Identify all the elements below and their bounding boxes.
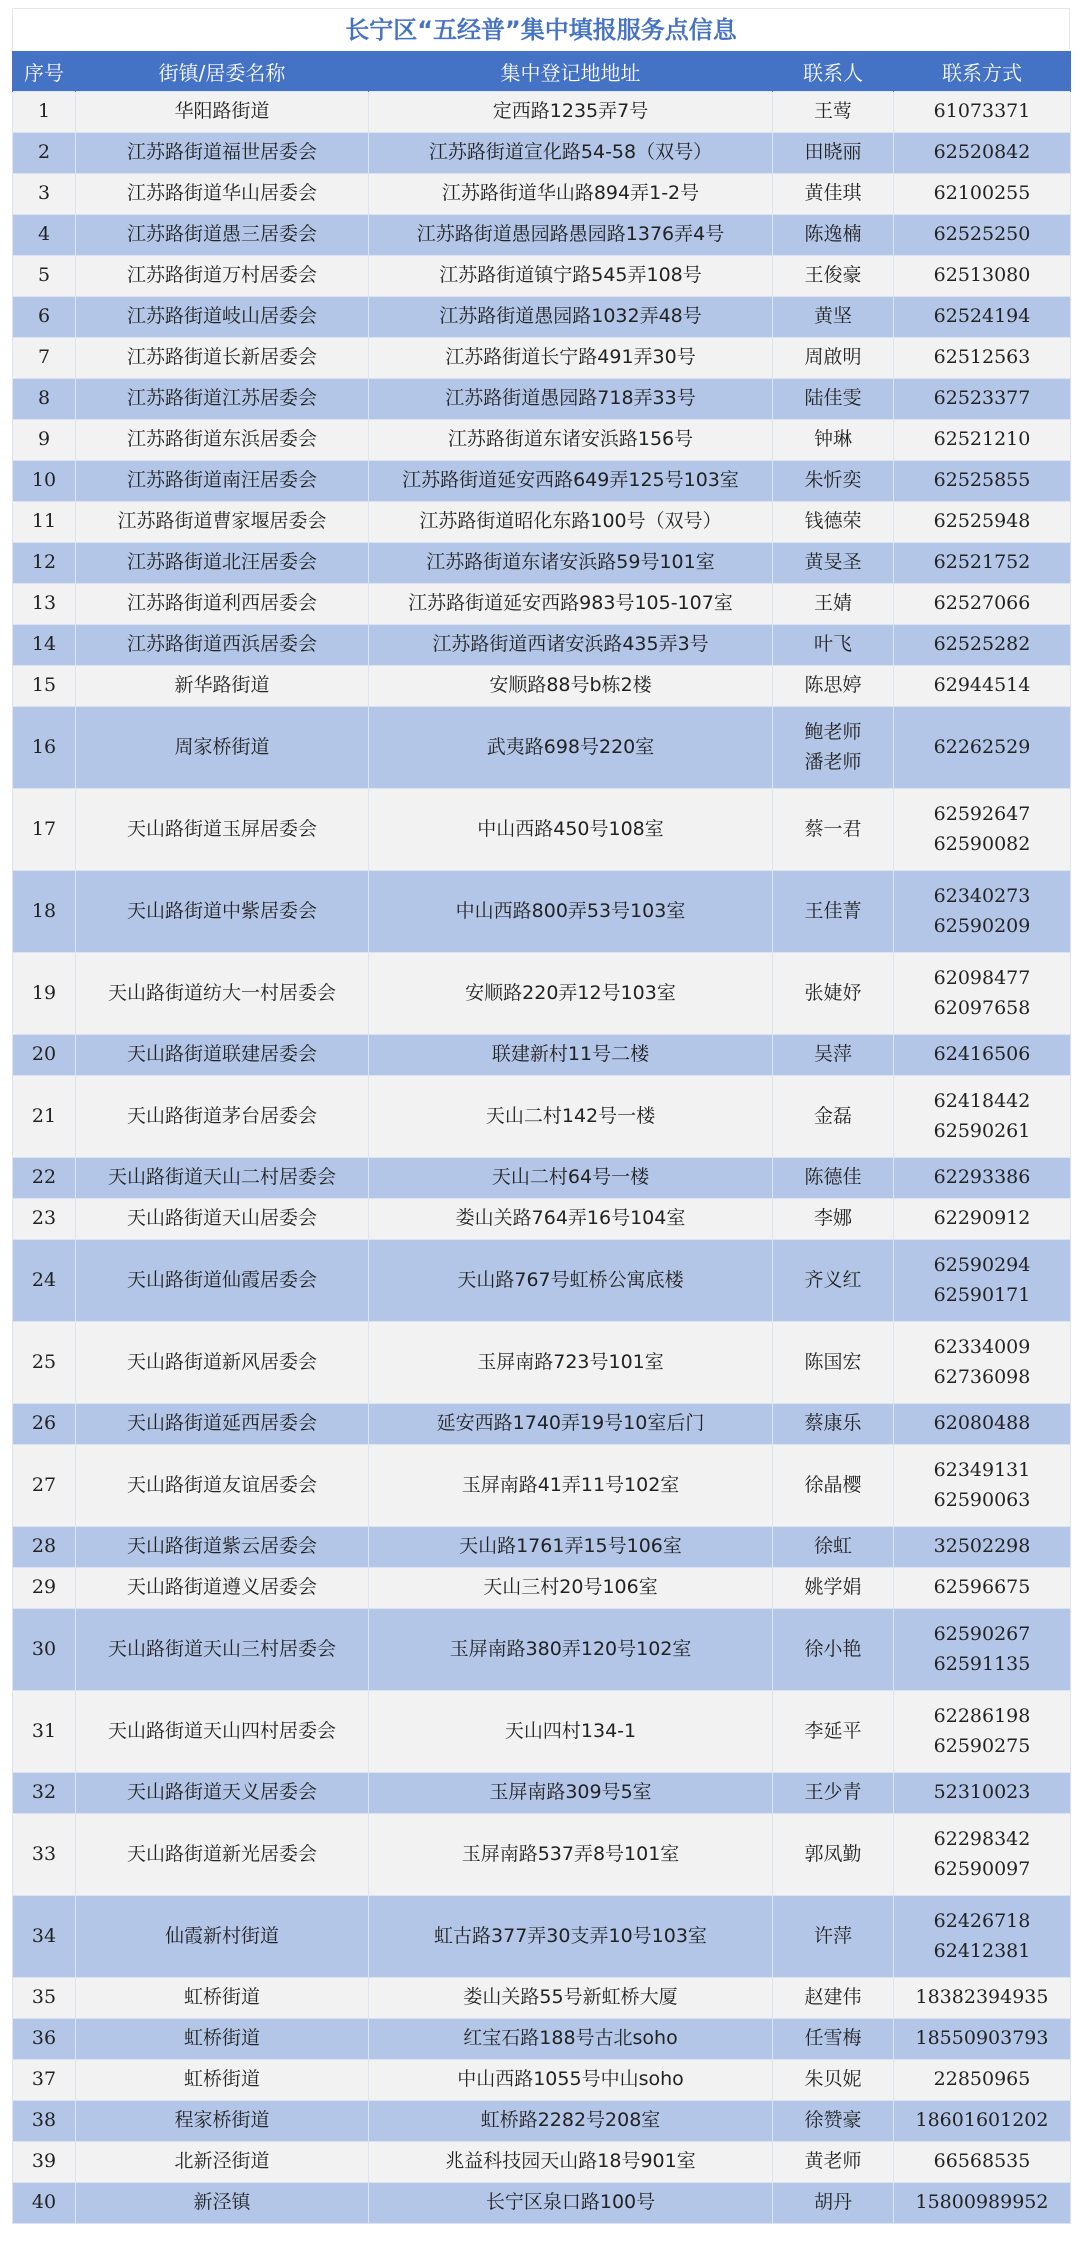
row-name: 华阳路街道 (76, 92, 369, 133)
row-name: 江苏路街道西浜居委会 (76, 625, 369, 666)
contact-person: 任雪梅 (773, 2027, 893, 2051)
row-phone: 62521752 (894, 543, 1071, 584)
row-name: 天山路街道茅台居委会 (76, 1076, 369, 1158)
service-point-sheet: 长宁区“五经普”集中填报服务点信息 序号 街镇/居委名称 集中登记地地址 联系人… (12, 8, 1070, 2224)
row-name: 江苏路街道东浜居委会 (76, 420, 369, 461)
row-contact: 陈逸楠 (773, 215, 894, 256)
phone-number: 62736098 (894, 1366, 1070, 1390)
row-address: 江苏路街道愚园路1032弄48号 (369, 297, 773, 338)
phone-number: 62524194 (894, 305, 1070, 329)
table-row: 32天山路街道天义居委会玉屏南路309号5室王少青52310023 (13, 1773, 1071, 1814)
table-row: 22天山路街道天山二村居委会天山二村64号一楼陈德佳62293386 (13, 1158, 1071, 1199)
row-phone: 62525855 (894, 461, 1071, 502)
row-address: 虹桥路2282号208室 (369, 2101, 773, 2142)
row-index: 18 (13, 871, 76, 953)
phone-number: 62944514 (894, 674, 1070, 698)
row-index: 1 (13, 92, 76, 133)
row-contact: 黄旻圣 (773, 543, 894, 584)
row-contact: 黄坚 (773, 297, 894, 338)
row-address: 玉屏南路380弄120号102室 (369, 1609, 773, 1691)
row-contact: 郭凤勤 (773, 1814, 894, 1896)
row-index: 36 (13, 2019, 76, 2060)
contact-person: 田晓丽 (773, 141, 893, 165)
row-address: 中山西路450号108室 (369, 789, 773, 871)
row-contact: 陆佳雯 (773, 379, 894, 420)
header-contact: 联系人 (773, 51, 894, 92)
sheet-title: 长宁区“五经普”集中填报服务点信息 (12, 8, 1070, 51)
table-row: 17天山路街道玉屏居委会中山西路450号108室蔡一君6259264762590… (13, 789, 1071, 871)
row-contact: 金磊 (773, 1076, 894, 1158)
table-row: 23天山路街道天山居委会娄山关路764弄16号104室李娜62290912 (13, 1199, 1071, 1240)
row-phone: 6242671862412381 (894, 1896, 1071, 1978)
row-index: 12 (13, 543, 76, 584)
row-contact: 胡丹 (773, 2183, 894, 2224)
contact-person: 陈逸楠 (773, 223, 893, 247)
row-address: 江苏路街道昭化东路100号（双号） (369, 502, 773, 543)
phone-number: 62290912 (894, 1207, 1070, 1231)
row-contact: 田晓丽 (773, 133, 894, 174)
row-address: 江苏路街道长宁路491弄30号 (369, 338, 773, 379)
row-address: 安顺路220弄12号103室 (369, 953, 773, 1035)
row-address: 江苏路街道宣化路54-58（双号） (369, 133, 773, 174)
table-header-row: 序号 街镇/居委名称 集中登记地地址 联系人 联系方式 (13, 51, 1071, 92)
table-row: 18天山路街道中紫居委会中山西路800弄53号103室王佳菁6234027362… (13, 871, 1071, 953)
table-row: 21天山路街道茅台居委会天山二村142号一楼金磊6241844262590261 (13, 1076, 1071, 1158)
row-name: 周家桥街道 (76, 707, 369, 789)
table-body: 1华阳路街道定西路1235弄7号王莺610733712江苏路街道福世居委会江苏路… (13, 92, 1071, 2224)
phone-number: 62523377 (894, 387, 1070, 411)
row-phone: 62290912 (894, 1199, 1071, 1240)
contact-person: 齐义红 (773, 1269, 893, 1293)
row-address: 定西路1235弄7号 (369, 92, 773, 133)
contact-person: 王佳菁 (773, 900, 893, 924)
row-name: 虹桥街道 (76, 2060, 369, 2101)
phone-number: 62591135 (894, 1653, 1070, 1677)
table-row: 39北新泾街道兆益科技园天山路18号901室黄老师66568535 (13, 2142, 1071, 2183)
table-row: 35虹桥街道娄山关路55号新虹桥大厦赵建伟18382394935 (13, 1978, 1071, 2019)
row-contact: 陈思婷 (773, 666, 894, 707)
contact-person: 许萍 (773, 1925, 893, 1949)
row-index: 2 (13, 133, 76, 174)
row-name: 仙霞新村街道 (76, 1896, 369, 1978)
contact-person: 周啟明 (773, 346, 893, 370)
phone-number: 62590275 (894, 1735, 1070, 1759)
row-address: 联建新村11号二楼 (369, 1035, 773, 1076)
contact-person: 张婕妤 (773, 982, 893, 1006)
row-name: 天山路街道新光居委会 (76, 1814, 369, 1896)
row-contact: 黄佳琪 (773, 174, 894, 215)
table-row: 9江苏路街道东浜居委会江苏路街道东诸安浜路156号钟琳62521210 (13, 420, 1071, 461)
row-contact: 王婧 (773, 584, 894, 625)
row-phone: 62527066 (894, 584, 1071, 625)
phone-number: 62513080 (894, 264, 1070, 288)
table-row: 37虹桥街道中山西路1055号中山soho朱贝妮22850965 (13, 2060, 1071, 2101)
contact-person: 钟琳 (773, 428, 893, 452)
contact-person: 姚学娟 (773, 1576, 893, 1600)
row-name: 江苏路街道南汪居委会 (76, 461, 369, 502)
row-phone: 62262529 (894, 707, 1071, 789)
contact-person: 徐小艳 (773, 1638, 893, 1662)
row-index: 23 (13, 1199, 76, 1240)
table-row: 40新泾镇长宁区泉口路100号胡丹15800989952 (13, 2183, 1071, 2224)
row-index: 39 (13, 2142, 76, 2183)
table-row: 38程家桥街道虹桥路2282号208室徐赞豪18601601202 (13, 2101, 1071, 2142)
row-contact: 徐虹 (773, 1527, 894, 1568)
phone-number: 62416506 (894, 1043, 1070, 1067)
row-phone: 62513080 (894, 256, 1071, 297)
table-row: 7江苏路街道长新居委会江苏路街道长宁路491弄30号周啟明62512563 (13, 338, 1071, 379)
table-row: 5江苏路街道万村居委会江苏路街道镇宁路545弄108号王俊豪62513080 (13, 256, 1071, 297)
row-address: 玉屏南路309号5室 (369, 1773, 773, 1814)
row-phone: 6241844262590261 (894, 1076, 1071, 1158)
row-address: 天山二村64号一楼 (369, 1158, 773, 1199)
contact-person: 叶飞 (773, 633, 893, 657)
row-name: 天山路街道天山居委会 (76, 1199, 369, 1240)
row-index: 24 (13, 1240, 76, 1322)
contact-person: 钱德荣 (773, 510, 893, 534)
contact-person: 陈国宏 (773, 1351, 893, 1375)
row-index: 29 (13, 1568, 76, 1609)
row-contact: 陈德佳 (773, 1158, 894, 1199)
contact-person: 李娜 (773, 1207, 893, 1231)
phone-number: 62525250 (894, 223, 1070, 247)
row-address: 玉屏南路41弄11号102室 (369, 1445, 773, 1527)
contact-person: 李延平 (773, 1720, 893, 1744)
contact-person: 陆佳雯 (773, 387, 893, 411)
phone-number: 62590171 (894, 1284, 1070, 1308)
row-address: 江苏路街道西诸安浜路435弄3号 (369, 625, 773, 666)
row-index: 6 (13, 297, 76, 338)
row-phone: 62293386 (894, 1158, 1071, 1199)
row-address: 虹古路377弄30支弄10号103室 (369, 1896, 773, 1978)
row-index: 20 (13, 1035, 76, 1076)
phone-number: 62098477 (894, 967, 1070, 991)
row-phone: 62596675 (894, 1568, 1071, 1609)
table-row: 28天山路街道紫云居委会天山路1761弄15号106室徐虹32502298 (13, 1527, 1071, 1568)
row-phone: 62525282 (894, 625, 1071, 666)
row-index: 5 (13, 256, 76, 297)
table-row: 26天山路街道延西居委会延安西路1740弄19号10室后门蔡康乐62080488 (13, 1404, 1071, 1445)
contact-person: 王婧 (773, 592, 893, 616)
table-row: 27天山路街道友谊居委会玉屏南路41弄11号102室徐晶樱62349131625… (13, 1445, 1071, 1527)
row-phone: 18550903793 (894, 2019, 1071, 2060)
row-name: 天山路街道天山三村居委会 (76, 1609, 369, 1691)
row-address: 安顺路88号b栋2楼 (369, 666, 773, 707)
table-row: 3江苏路街道华山居委会江苏路街道华山路894弄1-2号黄佳琪62100255 (13, 174, 1071, 215)
row-name: 天山路街道天山四村居委会 (76, 1691, 369, 1773)
table-row: 14江苏路街道西浜居委会江苏路街道西诸安浜路435弄3号叶飞62525282 (13, 625, 1071, 666)
phone-number: 66568535 (894, 2150, 1070, 2174)
contact-person: 郭凤勤 (773, 1843, 893, 1867)
header-name: 街镇/居委名称 (76, 51, 369, 92)
row-name: 天山路街道紫云居委会 (76, 1527, 369, 1568)
header-phone: 联系方式 (894, 51, 1071, 92)
row-phone: 6259264762590082 (894, 789, 1071, 871)
row-phone: 52310023 (894, 1773, 1071, 1814)
row-name: 新华路街道 (76, 666, 369, 707)
phone-number: 18601601202 (894, 2109, 1070, 2133)
table-row: 20天山路街道联建居委会联建新村11号二楼吴萍62416506 (13, 1035, 1071, 1076)
row-address: 天山二村142号一楼 (369, 1076, 773, 1158)
phone-number: 62590097 (894, 1858, 1070, 1882)
row-index: 16 (13, 707, 76, 789)
phone-number: 62590294 (894, 1254, 1070, 1278)
table-row: 33天山路街道新光居委会玉屏南路537弄8号101室郭凤勤62298342625… (13, 1814, 1071, 1896)
row-phone: 6209847762097658 (894, 953, 1071, 1035)
row-name: 江苏路街道北汪居委会 (76, 543, 369, 584)
row-index: 15 (13, 666, 76, 707)
contact-person: 胡丹 (773, 2191, 893, 2215)
row-phone: 61073371 (894, 92, 1071, 133)
row-name: 江苏路街道江苏居委会 (76, 379, 369, 420)
table-row: 1华阳路街道定西路1235弄7号王莺61073371 (13, 92, 1071, 133)
row-contact: 蔡一君 (773, 789, 894, 871)
row-phone: 62521210 (894, 420, 1071, 461)
table-row: 13江苏路街道利西居委会江苏路街道延安西路983号105-107室王婧62527… (13, 584, 1071, 625)
row-index: 13 (13, 584, 76, 625)
contact-person: 吴萍 (773, 1043, 893, 1067)
phone-number: 62525855 (894, 469, 1070, 493)
row-name: 天山路街道仙霞居委会 (76, 1240, 369, 1322)
table-row: 30天山路街道天山三村居委会玉屏南路380弄120号102室徐小艳6259026… (13, 1609, 1071, 1691)
row-address: 娄山关路55号新虹桥大厦 (369, 1978, 773, 2019)
row-address: 江苏路街道延安西路983号105-107室 (369, 584, 773, 625)
row-phone: 15800989952 (894, 2183, 1071, 2224)
row-index: 17 (13, 789, 76, 871)
row-contact: 姚学娟 (773, 1568, 894, 1609)
row-contact: 张婕妤 (773, 953, 894, 1035)
row-address: 武夷路698号220室 (369, 707, 773, 789)
contact-person: 朱贝妮 (773, 2068, 893, 2092)
contact-person: 潘老师 (773, 751, 893, 775)
row-name: 江苏路街道愚三居委会 (76, 215, 369, 256)
row-phone: 22850965 (894, 2060, 1071, 2101)
phone-number: 62293386 (894, 1166, 1070, 1190)
row-name: 天山路街道天义居委会 (76, 1773, 369, 1814)
row-phone: 6229834262590097 (894, 1814, 1071, 1896)
contact-person: 鲍老师 (773, 721, 893, 745)
table-row: 29天山路街道遵义居委会天山三村20号106室姚学娟62596675 (13, 1568, 1071, 1609)
row-phone: 18382394935 (894, 1978, 1071, 2019)
row-index: 10 (13, 461, 76, 502)
row-contact: 蔡康乐 (773, 1404, 894, 1445)
phone-number: 62418442 (894, 1090, 1070, 1114)
row-index: 9 (13, 420, 76, 461)
row-contact: 陈国宏 (773, 1322, 894, 1404)
phone-number: 18382394935 (894, 1986, 1070, 2010)
row-index: 7 (13, 338, 76, 379)
table-row: 6江苏路街道岐山居委会江苏路街道愚园路1032弄48号黄坚62524194 (13, 297, 1071, 338)
row-index: 22 (13, 1158, 76, 1199)
row-address: 江苏路街道愚园路718弄33号 (369, 379, 773, 420)
contact-person: 王莺 (773, 100, 893, 124)
contact-person: 黄旻圣 (773, 551, 893, 575)
row-index: 27 (13, 1445, 76, 1527)
phone-number: 62590267 (894, 1623, 1070, 1647)
row-address: 玉屏南路723号101室 (369, 1322, 773, 1404)
row-phone: 66568535 (894, 2142, 1071, 2183)
phone-number: 62590261 (894, 1120, 1070, 1144)
phone-number: 62080488 (894, 1412, 1070, 1436)
row-phone: 62944514 (894, 666, 1071, 707)
row-phone: 32502298 (894, 1527, 1071, 1568)
row-phone: 62520842 (894, 133, 1071, 174)
row-name: 江苏路街道万村居委会 (76, 256, 369, 297)
row-name: 江苏路街道长新居委会 (76, 338, 369, 379)
row-contact: 齐义红 (773, 1240, 894, 1322)
contact-person: 黄老师 (773, 2150, 893, 2174)
contact-person: 蔡康乐 (773, 1412, 893, 1436)
table-row: 19天山路街道纺大一村居委会安顺路220弄12号103室张婕妤620984776… (13, 953, 1071, 1035)
table-row: 4江苏路街道愚三居委会江苏路街道愚园路愚园路1376弄4号陈逸楠62525250 (13, 215, 1071, 256)
phone-number: 62525948 (894, 510, 1070, 534)
contact-person: 王俊豪 (773, 264, 893, 288)
table-row: 24天山路街道仙霞居委会天山路767号虹桥公寓底楼齐义红625902946259… (13, 1240, 1071, 1322)
row-contact: 黄老师 (773, 2142, 894, 2183)
phone-number: 62298342 (894, 1828, 1070, 1852)
row-index: 40 (13, 2183, 76, 2224)
row-index: 8 (13, 379, 76, 420)
phone-number: 62334009 (894, 1336, 1070, 1360)
phone-number: 62521752 (894, 551, 1070, 575)
row-index: 3 (13, 174, 76, 215)
contact-person: 朱忻奕 (773, 469, 893, 493)
row-contact: 李延平 (773, 1691, 894, 1773)
phone-number: 62412381 (894, 1940, 1070, 1964)
row-address: 天山三村20号106室 (369, 1568, 773, 1609)
row-phone: 6228619862590275 (894, 1691, 1071, 1773)
phone-number: 62527066 (894, 592, 1070, 616)
table-row: 36虹桥街道红宝石路188号古北soho任雪梅18550903793 (13, 2019, 1071, 2060)
row-phone: 62080488 (894, 1404, 1071, 1445)
row-contact: 叶飞 (773, 625, 894, 666)
row-index: 38 (13, 2101, 76, 2142)
contact-person: 徐赞豪 (773, 2109, 893, 2133)
phone-number: 62286198 (894, 1705, 1070, 1729)
phone-number: 62596675 (894, 1576, 1070, 1600)
phone-number: 18550903793 (894, 2027, 1070, 2051)
phone-number: 62592647 (894, 803, 1070, 827)
contact-person: 陈思婷 (773, 674, 893, 698)
row-contact: 钱德荣 (773, 502, 894, 543)
header-index: 序号 (13, 51, 76, 92)
contact-person: 陈德佳 (773, 1166, 893, 1190)
row-name: 江苏路街道利西居委会 (76, 584, 369, 625)
row-phone: 62525250 (894, 215, 1071, 256)
row-address: 玉屏南路537弄8号101室 (369, 1814, 773, 1896)
row-phone: 62512563 (894, 338, 1071, 379)
row-name: 江苏路街道曹家堰居委会 (76, 502, 369, 543)
table-row: 15新华路街道安顺路88号b栋2楼陈思婷62944514 (13, 666, 1071, 707)
row-name: 天山路街道友谊居委会 (76, 1445, 369, 1527)
row-contact: 徐赞豪 (773, 2101, 894, 2142)
row-contact: 鲍老师潘老师 (773, 707, 894, 789)
row-name: 天山路街道天山二村居委会 (76, 1158, 369, 1199)
row-phone: 6234913162590063 (894, 1445, 1071, 1527)
row-address: 江苏路街道东诸安浜路156号 (369, 420, 773, 461)
row-address: 天山四村134-1 (369, 1691, 773, 1773)
row-name: 天山路街道纺大一村居委会 (76, 953, 369, 1035)
row-contact: 王莺 (773, 92, 894, 133)
row-address: 兆益科技园天山路18号901室 (369, 2142, 773, 2183)
phone-number: 62520842 (894, 141, 1070, 165)
row-address: 江苏路街道愚园路愚园路1376弄4号 (369, 215, 773, 256)
contact-person: 王少青 (773, 1781, 893, 1805)
row-contact: 吴萍 (773, 1035, 894, 1076)
row-name: 程家桥街道 (76, 2101, 369, 2142)
row-index: 11 (13, 502, 76, 543)
row-phone: 6259029462590171 (894, 1240, 1071, 1322)
row-index: 30 (13, 1609, 76, 1691)
row-name: 虹桥街道 (76, 2019, 369, 2060)
contact-person: 徐虹 (773, 1535, 893, 1559)
row-contact: 赵建伟 (773, 1978, 894, 2019)
row-index: 34 (13, 1896, 76, 1978)
contact-person: 金磊 (773, 1105, 893, 1129)
phone-number: 62590063 (894, 1489, 1070, 1513)
row-phone: 6234027362590209 (894, 871, 1071, 953)
row-name: 新泾镇 (76, 2183, 369, 2224)
row-index: 32 (13, 1773, 76, 1814)
row-name: 虹桥街道 (76, 1978, 369, 2019)
row-name: 天山路街道玉屏居委会 (76, 789, 369, 871)
phone-number: 52310023 (894, 1781, 1070, 1805)
table-row: 34仙霞新村街道虹古路377弄30支弄10号103室许萍624267186241… (13, 1896, 1071, 1978)
row-address: 中山西路800弄53号103室 (369, 871, 773, 953)
row-index: 28 (13, 1527, 76, 1568)
phone-number: 62349131 (894, 1459, 1070, 1483)
row-contact: 徐晶樱 (773, 1445, 894, 1527)
table-row: 16周家桥街道武夷路698号220室鲍老师潘老师62262529 (13, 707, 1071, 789)
table-row: 10江苏路街道南汪居委会江苏路街道延安西路649弄125号103室朱忻奕6252… (13, 461, 1071, 502)
row-index: 19 (13, 953, 76, 1035)
row-contact: 朱贝妮 (773, 2060, 894, 2101)
row-address: 红宝石路188号古北soho (369, 2019, 773, 2060)
row-name: 江苏路街道福世居委会 (76, 133, 369, 174)
row-address: 延安西路1740弄19号10室后门 (369, 1404, 773, 1445)
row-phone: 18601601202 (894, 2101, 1071, 2142)
table-row: 11江苏路街道曹家堰居委会江苏路街道昭化东路100号（双号）钱德荣6252594… (13, 502, 1071, 543)
row-index: 37 (13, 2060, 76, 2101)
row-address: 江苏路街道延安西路649弄125号103室 (369, 461, 773, 502)
table-row: 31天山路街道天山四村居委会天山四村134-1李延平62286198625902… (13, 1691, 1071, 1773)
row-contact: 朱忻奕 (773, 461, 894, 502)
row-index: 35 (13, 1978, 76, 2019)
service-points-table: 序号 街镇/居委名称 集中登记地地址 联系人 联系方式 1华阳路街道定西路123… (12, 51, 1071, 2224)
phone-number: 62590209 (894, 915, 1070, 939)
row-address: 娄山关路764弄16号104室 (369, 1199, 773, 1240)
table-row: 8江苏路街道江苏居委会江苏路街道愚园路718弄33号陆佳雯62523377 (13, 379, 1071, 420)
table-row: 25天山路街道新风居委会玉屏南路723号101室陈国宏6233400962736… (13, 1322, 1071, 1404)
row-index: 21 (13, 1076, 76, 1158)
contact-person: 赵建伟 (773, 1986, 893, 2010)
row-name: 江苏路街道华山居委会 (76, 174, 369, 215)
row-name: 天山路街道延西居委会 (76, 1404, 369, 1445)
row-address: 长宁区泉口路100号 (369, 2183, 773, 2224)
phone-number: 62590082 (894, 833, 1070, 857)
table-row: 12江苏路街道北汪居委会江苏路街道东诸安浜路59号101室黄旻圣62521752 (13, 543, 1071, 584)
row-index: 25 (13, 1322, 76, 1404)
row-index: 26 (13, 1404, 76, 1445)
phone-number: 61073371 (894, 100, 1070, 124)
phone-number: 62512563 (894, 346, 1070, 370)
row-phone: 62416506 (894, 1035, 1071, 1076)
phone-number: 62525282 (894, 633, 1070, 657)
phone-number: 22850965 (894, 2068, 1070, 2092)
row-index: 14 (13, 625, 76, 666)
row-phone: 62525948 (894, 502, 1071, 543)
row-index: 33 (13, 1814, 76, 1896)
